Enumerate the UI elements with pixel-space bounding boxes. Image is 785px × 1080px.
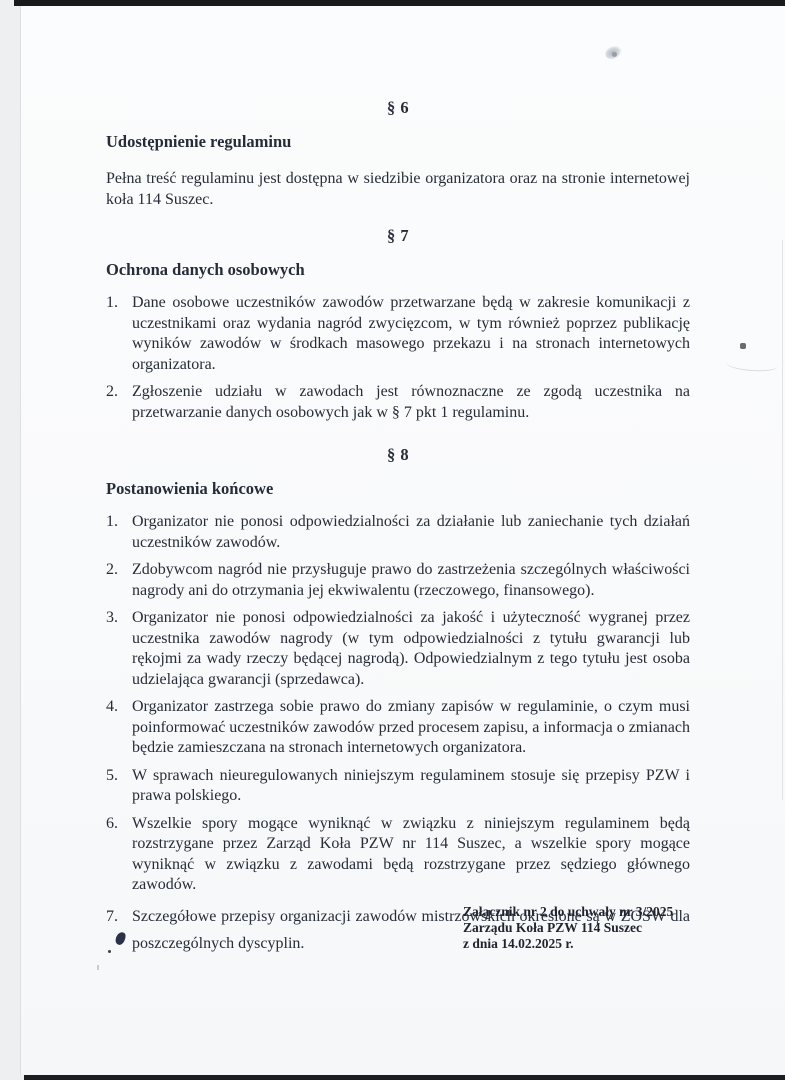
list-item: 4. Organizator zastrzega sobie prawo do … <box>106 697 690 759</box>
scan-speck <box>740 343 746 349</box>
scan-edge-top <box>14 0 785 6</box>
attachment-note-line-1: Załącznik nr 2 do uchwały nr 3/2025 <box>463 904 673 920</box>
section-6-heading: Udostępnienie regulaminu <box>106 132 690 152</box>
item-number: 1. <box>106 293 132 375</box>
section-8-list: 1. Organizator nie ponosi odpowiedzialno… <box>106 512 690 957</box>
list-item: 1. Dane osobowe uczestników zawodów prze… <box>106 293 690 375</box>
list-item: 2. Zgłoszenie udziału w zawodach jest ró… <box>106 382 690 423</box>
item-text: Zgłoszenie udziału w zawodach jest równo… <box>132 382 690 423</box>
item-number: 5. <box>106 766 132 807</box>
scanned-document-page: § 6 Udostępnienie regulaminu Pełna treść… <box>0 0 785 1080</box>
section-7: § 7 Ochrona danych osobowych 1. Dane oso… <box>106 226 690 423</box>
item-number: 3. <box>106 608 132 690</box>
section-8-heading: Postanowienia końcowe <box>106 479 690 499</box>
list-item: 6. Wszelkie spory mogące wyniknąć w zwią… <box>106 814 690 896</box>
list-item: 1. Organizator nie ponosi odpowiedzialno… <box>106 512 690 553</box>
item-text: W sprawach nieuregulowanych niniejszym r… <box>132 766 690 807</box>
item-number: 6. <box>106 814 132 896</box>
section-6-paragraph: Pełna treść regulaminu jest dostępna w s… <box>106 169 690 210</box>
item-number: 2. <box>106 382 132 423</box>
section-8-marker: § 8 <box>106 445 690 465</box>
ink-dot <box>108 950 111 953</box>
paper-sheet: § 6 Udostępnienie regulaminu Pełna treść… <box>20 5 785 1075</box>
item-number: 7. <box>106 903 132 957</box>
attachment-note-line-3: z dnia 14.02.2025 r. <box>463 936 673 952</box>
section-7-heading: Ochrona danych osobowych <box>106 260 690 280</box>
section-6: § 6 Udostępnienie regulaminu Pełna treść… <box>106 98 690 210</box>
faint-mark <box>97 965 99 970</box>
section-8: § 8 Postanowienia końcowe 1. Organizator… <box>106 445 690 957</box>
scan-smudge-core <box>612 52 617 57</box>
attachment-note-line-2: Zarządu Koła PZW 114 Suszec <box>463 920 673 936</box>
list-item: 2. Zdobywcom nagród nie przysługuje praw… <box>106 560 690 601</box>
list-item: 3. Organizator nie ponosi odpowiedzialno… <box>106 608 690 690</box>
document-content: § 6 Udostępnienie regulaminu Pełna treść… <box>21 5 785 957</box>
attachment-note: Załącznik nr 2 do uchwały nr 3/2025 Zarz… <box>463 904 673 952</box>
scan-edge-bottom <box>24 1075 785 1080</box>
item-number: 1. <box>106 512 132 553</box>
scan-edge-right <box>782 240 783 800</box>
item-text: Zdobywcom nagród nie przysługuje prawo d… <box>132 560 690 601</box>
item-text: Organizator nie ponosi odpowiedzialności… <box>132 512 690 553</box>
item-number: 4. <box>106 697 132 759</box>
section-7-list: 1. Dane osobowe uczestników zawodów prze… <box>106 293 690 423</box>
item-text: Organizator nie ponosi odpowiedzialności… <box>132 608 690 690</box>
list-item: 5. W sprawach nieuregulowanych niniejszy… <box>106 766 690 807</box>
item-text: Dane osobowe uczestników zawodów przetwa… <box>132 293 690 375</box>
section-7-marker: § 7 <box>106 226 690 246</box>
item-text: Wszelkie spory mogące wyniknąć w związku… <box>132 814 690 896</box>
item-number: 2. <box>106 560 132 601</box>
section-6-marker: § 6 <box>106 98 690 118</box>
item-text: Organizator zastrzega sobie prawo do zmi… <box>132 697 690 759</box>
